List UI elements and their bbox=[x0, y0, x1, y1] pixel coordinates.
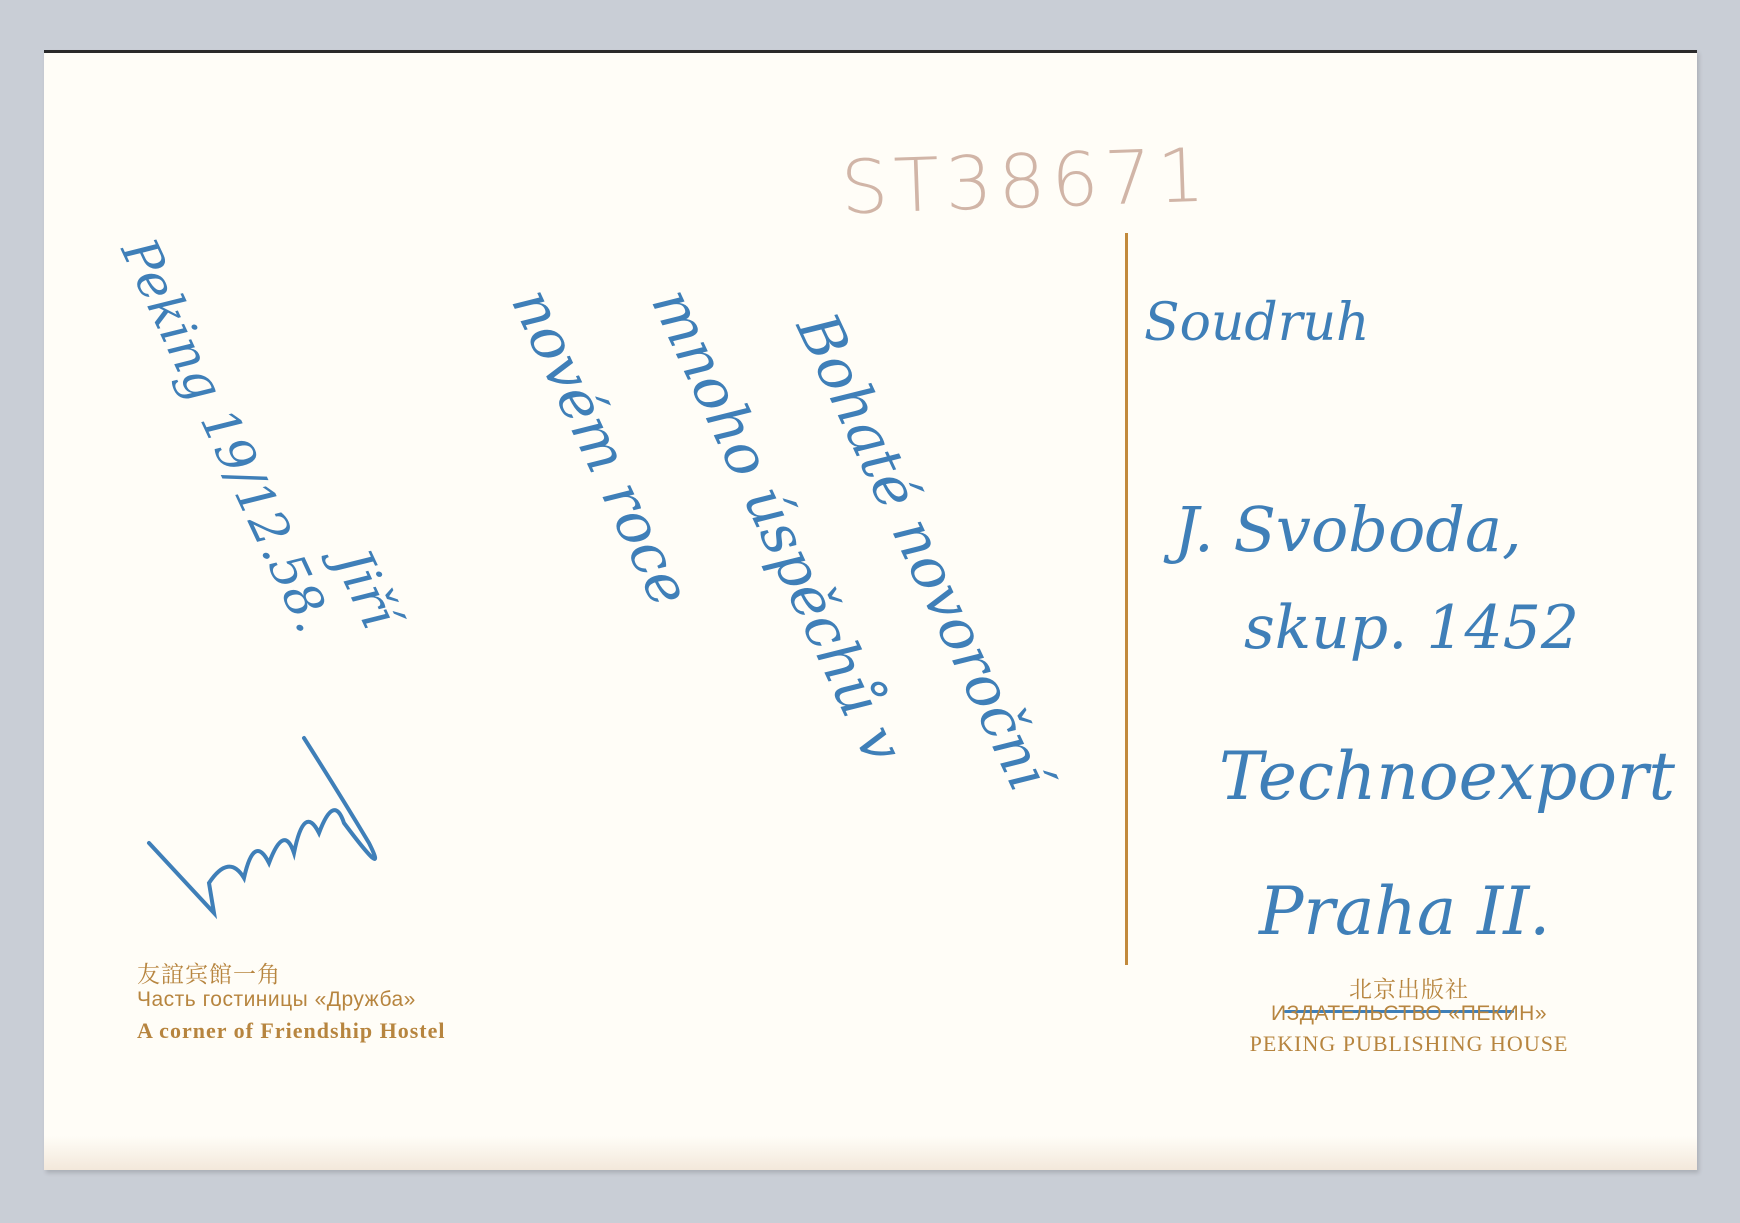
address-city: Praha II. bbox=[1259, 873, 1550, 950]
center-divider bbox=[1125, 233, 1128, 965]
publisher-russian: ИЗДАТЕЛЬСТВО «ПЕКИН» bbox=[1229, 1002, 1589, 1026]
caption-english: A corner of Friendship Hostel bbox=[137, 1018, 445, 1044]
archive-number: ST38671 bbox=[840, 133, 1212, 232]
place-date: Peking 19/12.58. bbox=[110, 230, 343, 641]
address-name: J. Svoboda, bbox=[1174, 493, 1522, 566]
address-prefix: Soudruh bbox=[1144, 293, 1370, 353]
caption-russian: Часть гостиницы «Дружба» bbox=[137, 988, 416, 1012]
postcard-back: ST38671 Peking 19/12.58. Bohaté novoročn… bbox=[44, 50, 1697, 1170]
signature-scribble bbox=[139, 683, 419, 963]
publisher-english: PEKING PUBLISHING HOUSE bbox=[1229, 1031, 1589, 1057]
publisher-chinese: 北京出版社 bbox=[1229, 971, 1589, 1004]
address-department: skup. 1452 bbox=[1244, 593, 1579, 663]
address-company: Technoexport bbox=[1219, 738, 1675, 815]
message-signoff: Jiří bbox=[322, 540, 410, 637]
caption-chinese: 友誼宾館一角 bbox=[137, 956, 281, 989]
